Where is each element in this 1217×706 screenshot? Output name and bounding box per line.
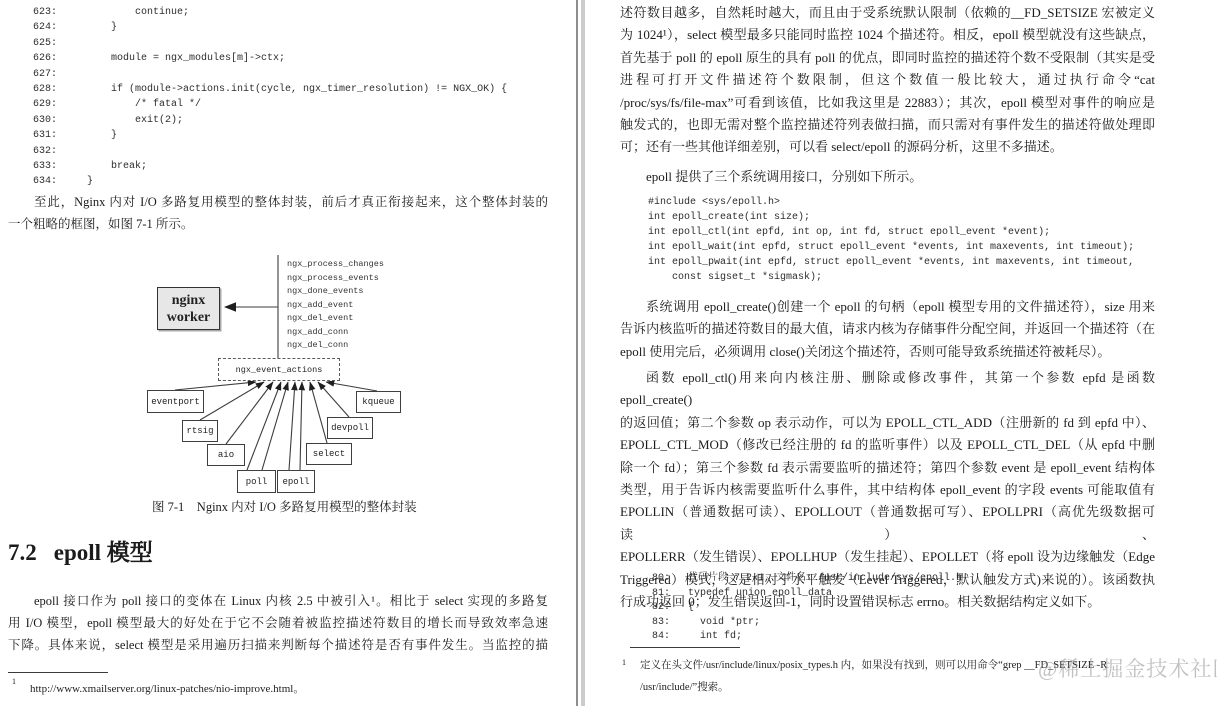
paragraph-line: 系统调用 epoll_create()创建一个 epoll 的句柄（epoll …: [620, 296, 1155, 318]
event-api-label-list: ngx_process_changesngx_process_eventsngx…: [287, 258, 384, 353]
arrow-aio: [226, 382, 273, 444]
section-heading-7-2: 7.2epoll 模型: [8, 534, 153, 567]
footnote-rule: [8, 672, 108, 673]
module-box-epoll: epoll: [277, 470, 315, 493]
code-line: int epoll_ctl(int epfd, int op, int fd, …: [648, 226, 1134, 241]
module-box-aio: aio: [207, 444, 245, 466]
section-number: 7.2: [8, 540, 37, 565]
code-line: 629: /* fatal */: [33, 97, 507, 112]
paragraph-line: 类型，用于告诉内核需要监听什么事件，其中结构体 epoll_event 的字段 …: [620, 479, 1155, 501]
code-listing-epoll-api: #include <sys/epoll.h>int epoll_create(i…: [648, 196, 1134, 285]
arrow-epoll-b: [300, 382, 302, 470]
code-line: #include <sys/epoll.h>: [648, 196, 1134, 211]
paragraph-line: epoll 使用完后，必须调用 close()关闭这个描述符，否则可能导致系统描…: [620, 341, 1155, 363]
right-page: 述符数目越多，自然耗时越大，而且由于受系统默认限制（依赖的__FD_SETSIZ…: [586, 0, 1217, 706]
figure-7-1-caption: 图 7-1 Nginx 内对 I/O 多路复用模型的整体封装: [152, 497, 417, 515]
module-box-devpoll: devpoll: [327, 417, 373, 439]
footnote-marker: 1: [622, 652, 626, 674]
module-box-poll: poll: [237, 470, 276, 493]
page-divider: [576, 0, 578, 706]
paragraph-line: EPOLL_CTL_MOD（修改已经注册的 fd 的监听事件）以及 EPOLL_…: [620, 434, 1155, 456]
paragraph-line: epoll 接口作为 poll 接口的变体在 Linux 内核 2.5 中被引入…: [8, 591, 548, 613]
section-title: epoll 模型: [54, 540, 153, 565]
paragraph-line: 进程可打开文件描述符个数限制，但这个数值一般比较大，通过执行命令“cat: [620, 69, 1155, 91]
event-api-label: ngx_add_conn: [287, 326, 384, 340]
arrow-poll-b: [262, 382, 288, 470]
footnote-rule: [630, 647, 740, 648]
arrow-poll-a: [247, 382, 281, 470]
module-box-eventport: eventport: [147, 390, 204, 413]
code-line: 81: typedef union epoll_data: [652, 587, 962, 602]
event-api-label: ngx_del_event: [287, 312, 384, 326]
paragraph-epoll-create: 系统调用 epoll_create()创建一个 epoll 的句柄（epoll …: [620, 296, 1155, 363]
nginx-worker-box: nginx worker: [157, 287, 220, 330]
code-line: 627:: [33, 67, 507, 82]
code-line: 83: void *ptr;: [652, 616, 962, 631]
code-line: int epoll_pwait(int epfd, struct epoll_e…: [648, 256, 1134, 271]
arrow-epoll-a: [289, 382, 295, 470]
event-api-label: ngx_done_events: [287, 285, 384, 299]
code-line: const sigset_t *sigmask);: [648, 271, 1134, 286]
event-api-label: ngx_process_changes: [287, 258, 384, 272]
footnote-marker: 1: [12, 677, 16, 686]
paragraph-line: 告诉内核监听的描述符数目的最大值，请求内核为存储事件分配空间，并返回一个描述符（…: [620, 318, 1155, 340]
module-box-rtsig: rtsig: [182, 420, 218, 442]
paragraph-line: 一个粗略的框图，如图 7-1 所示。: [8, 214, 548, 236]
code-listing-epoll-data: 80: 代码片段 7.2-1, 文件名: /usr/include/sys/ep…: [652, 572, 962, 645]
paragraph-line: epoll 提供了三个系统调用接口，分别如下所示。: [620, 166, 1155, 188]
code-line: 623: continue;: [33, 5, 507, 20]
paragraph-line: 述符数目越多，自然耗时越大，而且由于受系统默认限制（依赖的__FD_SETSIZ…: [620, 2, 1155, 24]
paragraph-line: 用 I/O 模型，epoll 模型最大的好处在于它不会随着被监控描述符数目的增长…: [8, 613, 548, 635]
paragraph-epoll-intro: epoll 接口作为 poll 接口的变体在 Linux 内核 2.5 中被引入…: [8, 591, 548, 656]
paragraph-three-syscalls: epoll 提供了三个系统调用接口，分别如下所示。: [620, 166, 1155, 188]
code-line: 624: }: [33, 20, 507, 35]
book-scan-spread: { "watermark": "@稀土掘金技术社区", "left_page":…: [0, 0, 1217, 706]
footnote-text: http://www.xmailserver.org/linux-patches…: [30, 683, 304, 695]
module-box-kqueue: kqueue: [356, 391, 401, 413]
paragraph-select-limits: 述符数目越多，自然耗时越大，而且由于受系统默认限制（依赖的__FD_SETSIZ…: [620, 2, 1155, 159]
paragraph-line: 首先基于 poll 的 epoll 原生的具有 poll 的优点，即同时监控的描…: [620, 47, 1155, 69]
paragraph-line: 为 1024¹），select 模型最多只能同时监控 1024 个描述符。相反，…: [620, 24, 1155, 46]
event-api-label: ngx_del_conn: [287, 339, 384, 353]
module-box-select: select: [306, 443, 352, 465]
code-line: 631: }: [33, 128, 507, 143]
code-line: 82: {: [652, 601, 962, 616]
paragraph-line: 函数 epoll_ctl()用来向内核注册、删除或修改事件，其第一个参数 epf…: [620, 367, 1155, 412]
code-line: 634: }: [33, 174, 507, 189]
paragraph-figure-intro: 至此，Nginx 内对 I/O 多路复用模型的整体封装，前后才真正衔接起来，这个…: [8, 192, 548, 236]
arrow-rtsig: [200, 382, 264, 420]
footnote-url: 1http://www.xmailserver.org/linux-patche…: [30, 680, 304, 696]
paragraph-line: 的返回值；第二个参数 op 表示动作，可以为 EPOLL_CTL_ADD（注册新…: [620, 412, 1155, 434]
page-divider-shadow: [581, 0, 585, 706]
figure-7-1-diagram: nginx worker ngx_process_changesngx_proc…: [0, 250, 576, 498]
code-line: 628: if (module->actions.init(cycle, ngx…: [33, 82, 507, 97]
arrow-select: [310, 382, 327, 443]
code-line: 630: exit(2);: [33, 113, 507, 128]
event-api-label: ngx_add_event: [287, 299, 384, 313]
ngx-event-actions-box: ngx_event_actions: [218, 358, 340, 381]
paragraph-line: EPOLLIN（普通数据可读）、EPOLLOUT（普通数据可写）、EPOLLPR…: [620, 501, 1155, 546]
arrow-eventport: [175, 382, 256, 390]
paragraph-line: /proc/sys/fs/file-max”可看到该值，比如我这里是 22883…: [620, 92, 1155, 114]
paragraph-line: 除一个 fd）；第三个参数 fd 表示需要监听的描述符；第四个参数 event …: [620, 457, 1155, 479]
code-line: 633: break;: [33, 159, 507, 174]
paragraph-line: EPOLLERR（发生错误）、EPOLLHUP（发生挂起）、EPOLLET（将 …: [620, 546, 1155, 568]
left-page: 623: continue;624: }625:626: module = ng…: [0, 0, 576, 706]
paragraph-line: 可；还有一些其他详细差别，可以看 select/epoll 的源码分析，这里不多…: [620, 136, 1155, 158]
paragraph-line: 至此，Nginx 内对 I/O 多路复用模型的整体封装，前后才真正衔接起来，这个…: [8, 192, 548, 214]
arrow-devpoll: [318, 382, 349, 417]
code-line: 84: int fd;: [652, 630, 962, 645]
code-line: 625:: [33, 36, 507, 51]
code-line: int epoll_wait(int epfd, struct epoll_ev…: [648, 241, 1134, 256]
watermark: @稀土掘金技术社区: [1038, 653, 1217, 683]
code-listing-nginx-init: 623: continue;624: }625:626: module = ng…: [33, 5, 507, 190]
paragraph-line: 触发式的，也即无需对整个监控描述符列表做扫描，而只需对有事件发生的描述符做处理即: [620, 114, 1155, 136]
arrow-kqueue: [326, 382, 377, 391]
code-line: 80: 代码片段 7.2-1, 文件名: /usr/include/sys/ep…: [652, 572, 962, 587]
worker-arrowhead-icon: [224, 302, 236, 312]
paragraph-line: 下降。具体来说，select 模型是采用遍历扫描来判断每个描述符是否有事件发生。…: [8, 635, 548, 657]
code-line: 626: module = ngx_modules[m]->ctx;: [33, 51, 507, 66]
code-line: int epoll_create(int size);: [648, 211, 1134, 226]
code-line: 632:: [33, 144, 507, 159]
event-api-label: ngx_process_events: [287, 272, 384, 286]
